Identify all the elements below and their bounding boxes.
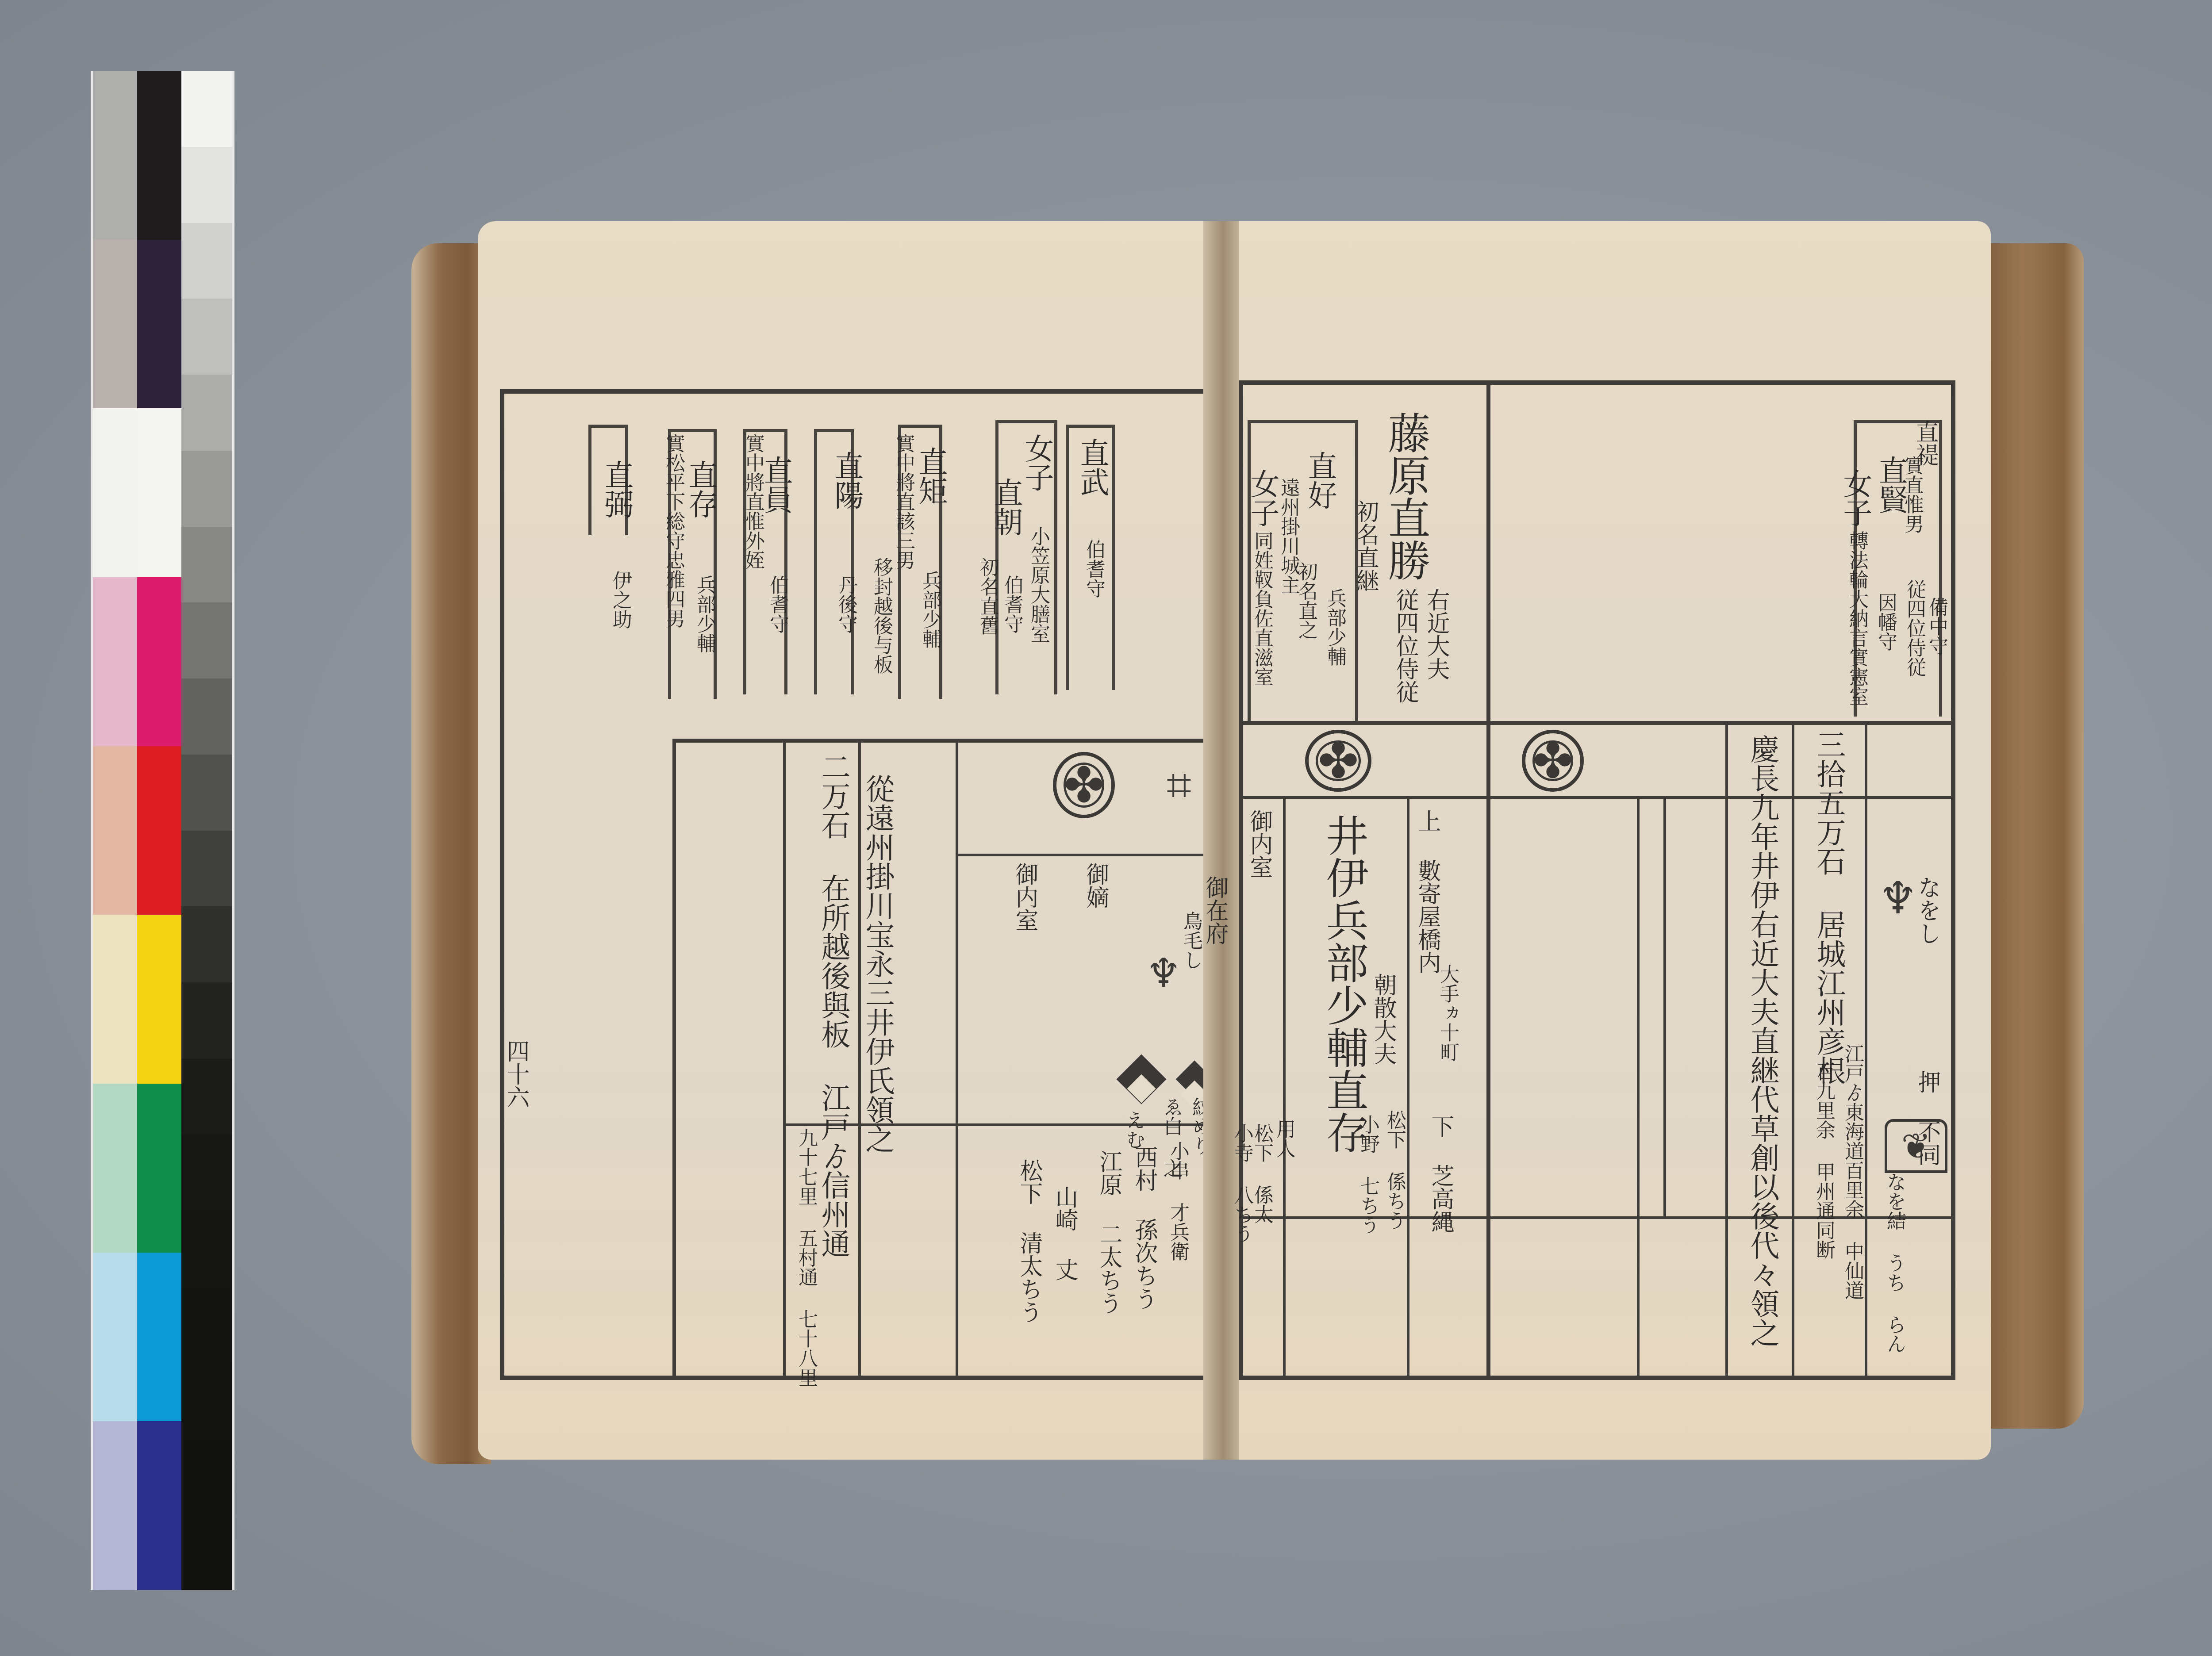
official-name: 小野 七ちう bbox=[1358, 1115, 1378, 1234]
knotted-emblem-icon: ❦ bbox=[1885, 1119, 1947, 1173]
color-swatch bbox=[181, 451, 232, 527]
retainer-name: 小寺 八ちう bbox=[1232, 1123, 1252, 1243]
color-swatch bbox=[93, 1421, 137, 1590]
genealogy-name: 直矩 bbox=[916, 447, 945, 505]
color-swatch bbox=[181, 602, 232, 678]
color-column-saturated bbox=[137, 71, 181, 1590]
color-swatch bbox=[137, 1421, 181, 1590]
color-swatch bbox=[181, 755, 232, 831]
color-column-pastel bbox=[93, 71, 137, 1590]
retainer-name: 江原 二太ちう bbox=[1097, 1150, 1120, 1315]
distance-note: 九十七里 五村通 七十八里 bbox=[796, 1128, 816, 1387]
divider-rule bbox=[956, 854, 1208, 856]
genealogy-note: 實直惟男 bbox=[1902, 456, 1922, 533]
retainer-name: 山崎 丈 bbox=[1053, 1185, 1076, 1281]
color-swatch bbox=[93, 1084, 137, 1253]
divider-rule bbox=[1239, 721, 1955, 725]
divider-rule bbox=[1407, 796, 1409, 1380]
retainer-label: 用人 bbox=[1274, 1119, 1294, 1158]
color-swatch bbox=[181, 1058, 232, 1135]
genealogy-name: 女子 bbox=[1248, 469, 1277, 527]
color-swatch bbox=[181, 1438, 232, 1514]
color-swatch bbox=[137, 577, 181, 746]
color-swatch bbox=[137, 746, 181, 915]
color-swatch bbox=[137, 408, 181, 577]
grayscale-step-wedge bbox=[181, 71, 232, 1590]
genealogy-name: 女子 bbox=[1840, 469, 1870, 527]
divider-rule bbox=[672, 741, 676, 1378]
genealogy-note: 同姓靫負佐直滋室 bbox=[1252, 531, 1271, 686]
color-swatch bbox=[93, 577, 137, 746]
color-swatch bbox=[181, 147, 232, 223]
genealogy-name: 直好 bbox=[1305, 451, 1334, 510]
court-rank: 朝散大夫 bbox=[1371, 973, 1394, 1065]
divider-rule bbox=[672, 739, 1208, 743]
genealogy-note: 従四位侍従 bbox=[1905, 579, 1924, 677]
lower-mansion: 下 芝高縄 bbox=[1429, 1115, 1452, 1233]
color-swatch bbox=[181, 299, 232, 375]
route-note: 江戸ゟ東海道百里余 中仙道 bbox=[1843, 1044, 1862, 1300]
color-swatch bbox=[181, 982, 232, 1058]
genealogy-note: 兵部少輔 bbox=[695, 575, 714, 653]
genealogy-name: 直存 bbox=[686, 460, 715, 518]
color-swatch bbox=[181, 831, 232, 907]
retainer-name: 西村 孫次ちう bbox=[1133, 1146, 1156, 1310]
spear-caption: 鳥毛し bbox=[1181, 911, 1201, 970]
color-swatch bbox=[93, 746, 137, 915]
genealogy-note: 伊之助 bbox=[611, 571, 630, 629]
color-swatch bbox=[137, 1253, 181, 1422]
genealogy-name: 直武 bbox=[1077, 438, 1106, 496]
genealogy-note: 移封越後与板 bbox=[872, 557, 891, 674]
genealogy-note: 實松平下総守忠雅四男 bbox=[664, 433, 683, 628]
retainer-name: 松下 清太ちう bbox=[1018, 1159, 1041, 1323]
color-swatch bbox=[181, 1514, 232, 1590]
genealogy-note: 伯耆守 bbox=[768, 575, 787, 633]
divider-rule bbox=[1865, 721, 1867, 1380]
color-swatch bbox=[181, 678, 232, 755]
divider-rule bbox=[1283, 796, 1286, 1380]
color-swatch bbox=[93, 915, 137, 1084]
color-swatch bbox=[181, 1210, 232, 1286]
upper-mansion: 上 數寄屋橋内 bbox=[1416, 809, 1439, 974]
spear-caption: なをし bbox=[1916, 876, 1939, 945]
book-page-edge-right bbox=[1982, 243, 2084, 1429]
family-crest-icon: ✤ bbox=[1522, 730, 1584, 792]
genealogy-name: 直陽 bbox=[832, 451, 861, 510]
genealogy-note: 従四位侍従 bbox=[1394, 588, 1417, 703]
open-book: 四十六 直武 伯耆守 女子 小笠原大膳室 直朝 初名直舊 伯耆守 直矩 實中將直… bbox=[411, 212, 2084, 1473]
color-swatch bbox=[137, 1084, 181, 1253]
color-swatch bbox=[93, 71, 137, 240]
color-swatch bbox=[93, 408, 137, 577]
divider-rule bbox=[1637, 796, 1640, 1380]
genealogy-name: 直朝 bbox=[991, 478, 1020, 536]
wife-label: 御内室 bbox=[1248, 809, 1271, 878]
domain-history: 慶長九年井伊右近大夫直継代草創以後代々領之 bbox=[1747, 734, 1777, 1347]
genealogy-note: 因幡守 bbox=[1876, 593, 1895, 651]
residence-status: 御在府 bbox=[1203, 876, 1226, 945]
divider-rule bbox=[1486, 380, 1490, 1380]
retainer-name: 松下 係太 bbox=[1252, 1123, 1271, 1224]
right-page: 藤原直勝 初名直継 右近大夫 従四位侍従 直好 遠州掛川城主 初名直之 兵部少輔… bbox=[1239, 221, 1991, 1460]
genealogy-note: 伯耆守 bbox=[1084, 540, 1103, 598]
color-swatch bbox=[93, 1253, 137, 1422]
color-swatch bbox=[181, 906, 232, 982]
banner-caption: えむ bbox=[1124, 1110, 1143, 1149]
genealogy-title: 藤原直勝 bbox=[1385, 411, 1427, 581]
genealogy-note: 實中將直惟外姪 bbox=[743, 433, 763, 570]
left-page: 四十六 直武 伯耆守 女子 小笠原大膳室 直朝 初名直舊 伯耆守 直矩 實中將直… bbox=[478, 221, 1208, 1460]
genealogy-note: 轉法輪大納言實憲室 bbox=[1847, 531, 1866, 706]
color-swatch bbox=[181, 527, 232, 603]
heir-label: 御嫡 bbox=[1084, 862, 1107, 908]
divider-rule bbox=[1792, 721, 1794, 1380]
divider-rule bbox=[1239, 796, 1955, 799]
genealogy-note: 兵部少輔 bbox=[920, 571, 940, 648]
book-gutter bbox=[1203, 221, 1243, 1460]
route-note: 百九里余 甲州通同断 bbox=[1814, 1062, 1833, 1259]
color-swatch bbox=[137, 915, 181, 1084]
color-swatch bbox=[181, 223, 232, 299]
domain-history: 從遠州掛川宝永三井伊氏領之 bbox=[863, 774, 892, 1154]
wife-label: 御内室 bbox=[1013, 862, 1036, 931]
genealogy-note: 伯耆守 bbox=[1002, 575, 1022, 633]
retainer-name: 小串 才兵衛 bbox=[1168, 1141, 1187, 1261]
divider-rule bbox=[783, 741, 786, 1378]
color-swatch bbox=[137, 240, 181, 409]
genealogy-name: 直弼 bbox=[602, 460, 631, 518]
genealogy-note: 備中守 bbox=[1927, 597, 1946, 655]
color-swatch bbox=[181, 1286, 232, 1362]
genealogy-note: 初名直之 bbox=[1296, 562, 1316, 640]
spear-icon: ♆ bbox=[1146, 862, 1181, 1084]
color-swatch bbox=[181, 375, 232, 451]
color-swatch bbox=[93, 240, 137, 409]
divider-rule bbox=[1725, 721, 1728, 1380]
family-crest-icon: ✤ bbox=[1305, 730, 1371, 792]
color-calibration-chart bbox=[91, 71, 234, 1590]
genealogy-note: 實中將直該三男 bbox=[894, 433, 913, 570]
color-swatch bbox=[181, 1135, 232, 1211]
palanquin-frame-icon: ⌗ bbox=[1150, 756, 1208, 814]
color-swatch bbox=[137, 71, 181, 240]
divider-rule bbox=[956, 741, 958, 1378]
genealogy-name: 女子 bbox=[1022, 433, 1051, 492]
emblem-caption: なを結 うち らん bbox=[1885, 1172, 1904, 1353]
genealogy-note: 丹後守 bbox=[836, 575, 856, 633]
genealogy-name: 直員 bbox=[761, 456, 790, 514]
genealogy-note: 兵部少輔 bbox=[1325, 588, 1344, 666]
divider-rule bbox=[1663, 796, 1666, 1216]
official-name: 松下 係ちう bbox=[1385, 1110, 1404, 1230]
stipend-and-seat: 二万石 在所越後與板 江戸ゟ信州通 bbox=[818, 752, 848, 1258]
genealogy-note: 初名直舊 bbox=[978, 557, 997, 635]
lord-name: 井伊兵部少輔直存 bbox=[1323, 814, 1365, 1154]
domain-stipend: 三拾五万石 居城江州彦根 bbox=[1814, 730, 1843, 1085]
family-crest-icon: ✤ bbox=[1053, 752, 1115, 818]
color-swatch bbox=[181, 71, 232, 147]
margin-page-number: 四十六 bbox=[504, 1039, 527, 1108]
genealogy-note: 小笠原大膳室 bbox=[1029, 526, 1048, 643]
color-swatch bbox=[181, 1362, 232, 1438]
genealogy-note: 右近大夫 bbox=[1425, 588, 1448, 680]
middle-mansion: 大手ヵ十町 bbox=[1438, 964, 1457, 1062]
spear-icon: ♆ bbox=[1880, 787, 1916, 1008]
